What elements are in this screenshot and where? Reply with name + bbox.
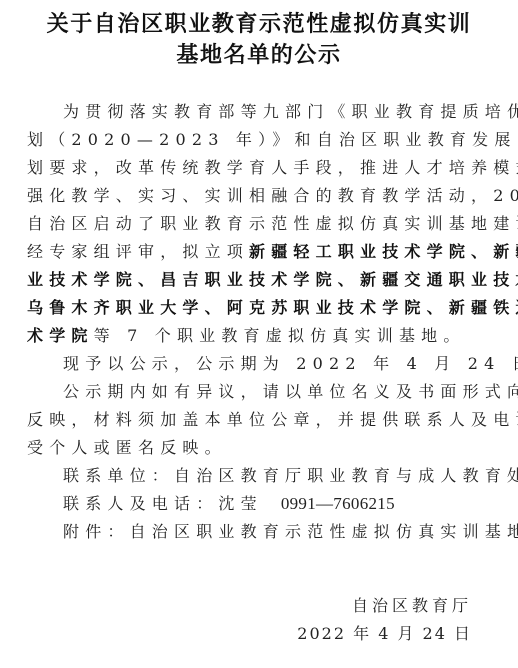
institution-list-bold: 乌鲁木齐职业大学、阿克苏职业技术学院、新疆铁道职业技 [27,294,479,322]
paragraph-line: 为贯彻落实教育部等九部门《职业教育提质培优行动计 [27,98,479,126]
base-count-text: 等 7 个职业教育虚拟仿真实训基地。 [94,326,466,345]
contact-unit: 联系单位：自治区教育厅职业教育与成人教育处 [27,462,479,490]
paragraph-line: 自治区启动了职业教育示范性虚拟仿真实训基地建设工作， [27,210,479,238]
paragraph-line: 强化教学、实习、实训相融合的教育教学活动，2022 年 2 月 [27,182,479,210]
contact-unit-value: 自治区教育厅职业教育与成人教育处 [174,466,518,485]
signing-organization: 自治区教育厅 [297,592,472,620]
document-title: 关于自治区职业教育示范性虚拟仿真实训 基地名单的公示 [0,9,518,71]
review-intro-text: 经专家组评审，拟立项 [27,242,249,261]
attachment: 附件：自治区职业教育示范性虚拟仿真实训基地名单 [27,518,479,546]
contact-person-label: 联系人及电话： [63,494,218,513]
contact-person: 联系人及电话：沈莹0991—7606215 [27,490,479,518]
attachment-label: 附件： [63,522,130,541]
paragraph-line: 划要求，改革传统教学育人手段，推进人才培养模式创新， [27,154,479,182]
institution-list-bold: 新疆轻工职业技术学院、新疆农业职 [249,242,518,261]
paragraph-line: 经专家组评审，拟立项新疆轻工职业技术学院、新疆农业职 [27,238,479,266]
paragraph-line: 划（2020—2023 年）》和自治区职业教育发展“十四五”规 [27,126,479,154]
institution-list-bold: 术学院 [27,326,94,345]
document-body: 为贯彻落实教育部等九部门《职业教育提质培优行动计 划（2020—2023 年）》… [27,98,479,546]
title-line-2: 基地名单的公示 [0,40,518,71]
paragraph-publicity-period: 现予以公示，公示期为 2022 年 4 月 24 日至 4 月 30 日。 [27,350,479,378]
paragraph-background: 为贯彻落实教育部等九部门《职业教育提质培优行动计 划（2020—2023 年）》… [27,98,479,350]
signature-block: 自治区教育厅 2022 年 4 月 24 日 [297,592,472,648]
contact-phone: 0991—7606215 [281,494,395,513]
paragraph-line: 受个人或匿名反映。 [27,434,479,462]
paragraph-line: 反映，材料须加盖本单位公章，并提供联系人及电话，不接 [27,406,479,434]
publicity-period-text: 现予以公示，公示期为 2022 年 4 月 24 日至 4 月 30 日。 [27,350,479,378]
title-line-1: 关于自治区职业教育示范性虚拟仿真实训 [0,9,518,40]
institution-list-bold: 业技术学院、昌吉职业技术学院、新疆交通职业技术学院、 [27,266,479,294]
paragraph-line: 公示期内如有异议，请以单位名义及书面形式向教育厅 [27,378,479,406]
attachment-title: 自治区职业教育示范性虚拟仿真实训基地名单 [130,522,518,541]
paragraph-objection: 公示期内如有异议，请以单位名义及书面形式向教育厅 反映，材料须加盖本单位公章，并… [27,378,479,462]
signing-date: 2022 年 4 月 24 日 [297,620,472,648]
contact-person-name: 沈莹 [218,494,262,513]
paragraph-line: 术学院等 7 个职业教育虚拟仿真实训基地。 [27,322,479,350]
document-page: 关于自治区职业教育示范性虚拟仿真实训 基地名单的公示 为贯彻落实教育部等九部门《… [0,0,518,668]
contact-unit-label: 联系单位： [63,466,174,485]
